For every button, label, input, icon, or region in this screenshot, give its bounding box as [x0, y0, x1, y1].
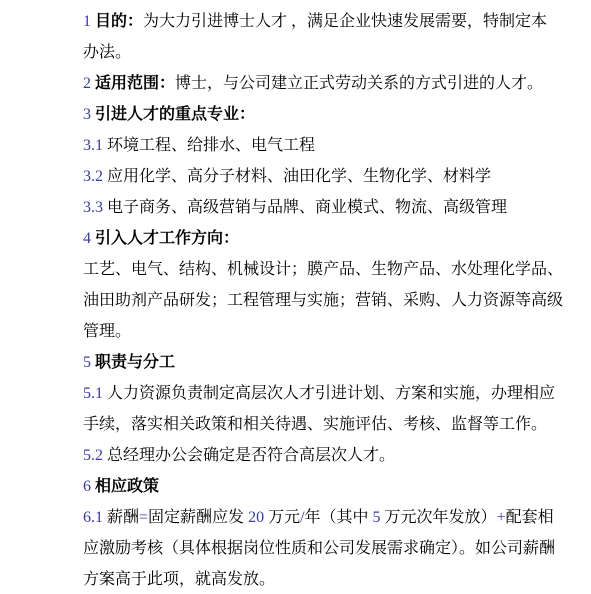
text-line: 5.2 总经理办公会确定是否符合高层次人才。	[83, 440, 583, 471]
text-line: 1 目的：为大力引进博士人才 ，满足企业快速发展需要，特制定本	[83, 6, 583, 37]
body-text: 固定薪酬应发	[148, 509, 248, 526]
body-text: 应用化学、高分子材料、油田化学、生物化学、材料学	[107, 168, 491, 185]
section-number: 20	[248, 509, 264, 526]
section-number: 6	[83, 478, 95, 495]
text-line: 手续，落实相关政策和相关待遇、实施评估、考核、监督等工作。	[83, 409, 583, 440]
text-line: 管理。	[83, 316, 583, 347]
body-text: 环境工程、给排水、电气工程	[107, 137, 315, 154]
text-line: 方案高于此项，就高发放。	[83, 564, 583, 594]
section-number: 5	[373, 509, 381, 526]
body-text: 工艺、电气、结构、机械设计；膜产品、生物产品、水处理化学品、	[83, 261, 563, 278]
body-text: 配套相	[506, 509, 554, 526]
text-line: 6 相应政策	[83, 471, 583, 502]
text-line: 工艺、电气、结构、机械设计；膜产品、生物产品、水处理化学品、	[83, 254, 583, 285]
section-number: 1	[83, 13, 95, 30]
section-number: 4	[83, 230, 95, 247]
section-number: 3.2	[83, 168, 107, 185]
text-line: 6.1 薪酬=固定薪酬应发 20 万元/年（其中 5 万元次年发放）+配套相	[83, 502, 583, 533]
text-line: 3.3 电子商务、高级营销与品牌、商业模式、物流、高级管理	[83, 192, 583, 223]
text-line: 办法。	[83, 37, 583, 68]
text-line: 3 引进人才的重点专业：	[83, 99, 583, 130]
section-number: 5.1	[83, 385, 107, 402]
section-number: +	[497, 509, 506, 526]
body-text: 博士，与公司建立正式劳动关系的方式引进的人才。	[175, 75, 543, 92]
heading-text: 职责与分工	[95, 354, 175, 371]
text-line: 3.1 环境工程、给排水、电气工程	[83, 130, 583, 161]
body-text: 应激励考核（具体根据岗位性质和公司发展需求确定）。如公司薪酬	[83, 540, 555, 557]
section-number: 5	[83, 354, 95, 371]
heading-text: 适用范围：	[95, 75, 175, 92]
body-text: 油田助剂产品研发；工程管理与实施；营销、采购、人力资源等高级	[83, 292, 563, 309]
heading-text: 引入人才工作方向：	[95, 230, 239, 247]
body-text: 电子商务、高级营销与品牌、商业模式、物流、高级管理	[107, 199, 507, 216]
section-number: =	[139, 509, 148, 526]
section-number: 3	[83, 106, 95, 123]
text-line: 油田助剂产品研发；工程管理与实施；营销、采购、人力资源等高级	[83, 285, 583, 316]
body-text: 管理。	[83, 323, 131, 340]
section-number: 6.1	[83, 509, 107, 526]
body-text: 办法。	[83, 44, 131, 61]
body-text: 总经理办公会确定是否符合高层次人才。	[107, 447, 395, 464]
text-line: 5 职责与分工	[83, 347, 583, 378]
body-text: 方案高于此项，就高发放。	[83, 571, 275, 588]
body-text: 手续，落实相关政策和相关待遇、实施评估、考核、监督等工作。	[83, 416, 547, 433]
heading-text: 目的：	[95, 13, 143, 30]
document-page: 1 目的：为大力引进博士人才 ，满足企业快速发展需要，特制定本办法。2 适用范围…	[0, 0, 591, 594]
text-line: 5.1 人力资源负责制定高层次人才引进计划、方案和实施，办理相应	[83, 378, 583, 409]
heading-text: 引进人才的重点专业：	[95, 106, 255, 123]
body-text: 薪酬	[107, 509, 139, 526]
text-line: 3.2 应用化学、高分子材料、油田化学、生物化学、材料学	[83, 161, 583, 192]
section-number: 5.2	[83, 447, 107, 464]
body-text: 人力资源负责制定高层次人才引进计划、方案和实施，办理相应	[107, 385, 555, 402]
body-text: 万元次年发放）	[381, 509, 497, 526]
section-number: 3.3	[83, 199, 107, 216]
heading-text: 相应政策	[95, 478, 159, 495]
document-body: 1 目的：为大力引进博士人才 ，满足企业快速发展需要，特制定本办法。2 适用范围…	[83, 6, 583, 594]
text-line: 2 适用范围：博士，与公司建立正式劳动关系的方式引进的人才。	[83, 68, 583, 99]
body-text: 年（其中	[305, 509, 373, 526]
text-line: 4 引入人才工作方向：	[83, 223, 583, 254]
body-text: 万元	[264, 509, 300, 526]
section-number: 2	[83, 75, 95, 92]
section-number: 3.1	[83, 137, 107, 154]
text-line: 应激励考核（具体根据岗位性质和公司发展需求确定）。如公司薪酬	[83, 533, 583, 564]
body-text: 为大力引进博士人才 ，满足企业快速发展需要，特制定本	[143, 13, 547, 30]
